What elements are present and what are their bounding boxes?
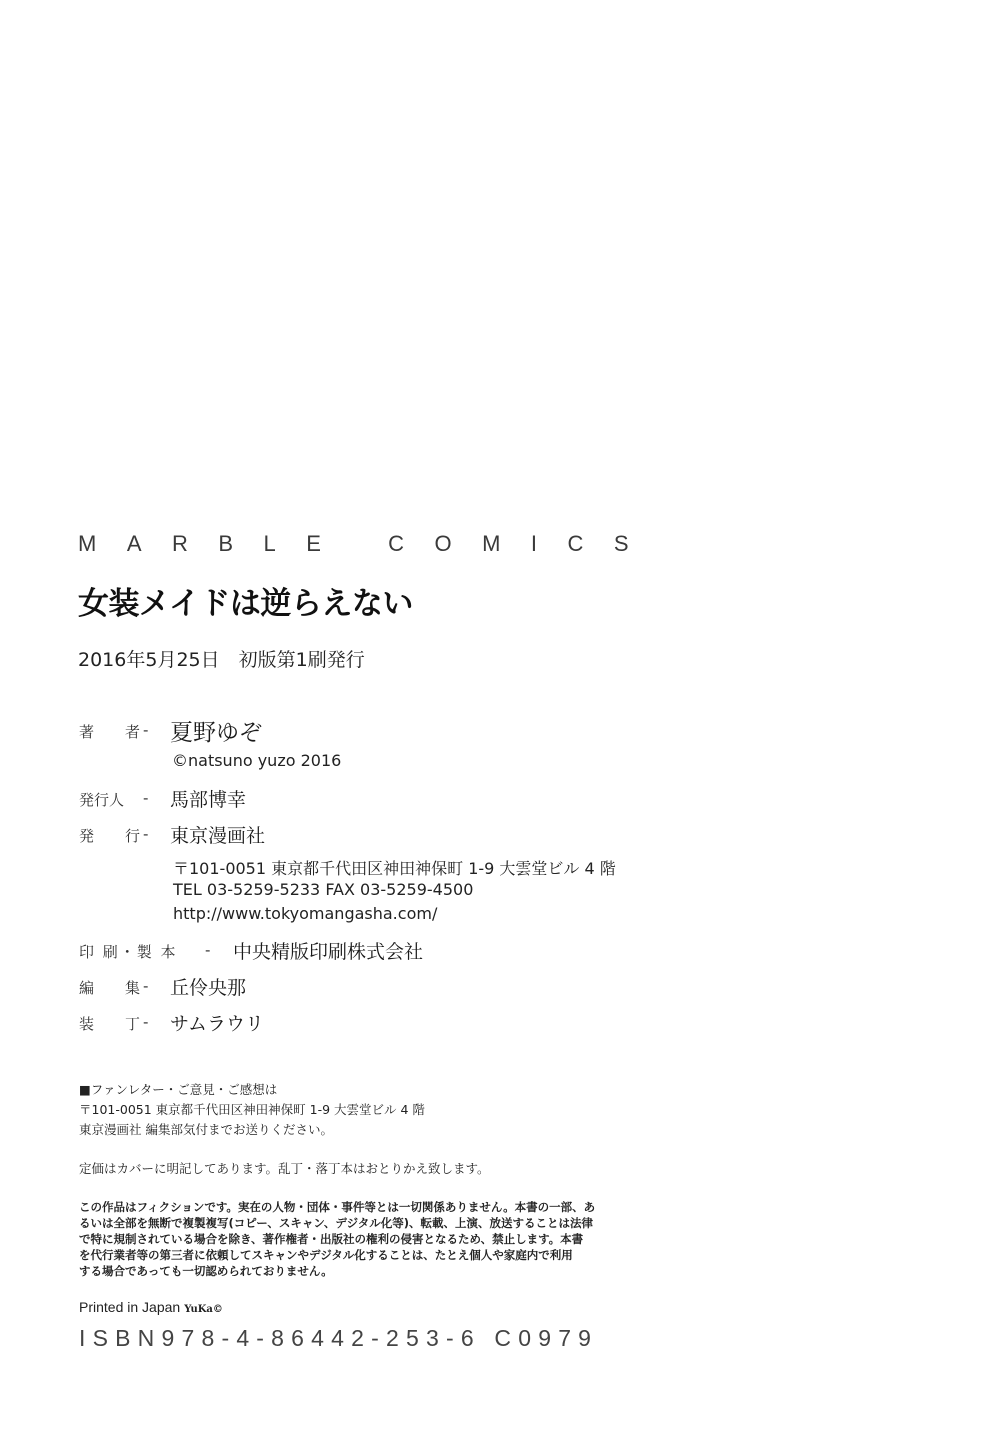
credit-value-author: 夏野ゆぞ bbox=[170, 714, 262, 747]
credit-value-design: サムラウリ bbox=[170, 1009, 264, 1036]
credit-label-publisher: 発 行 bbox=[79, 825, 148, 846]
credit-value-editor: 丘伶央那 bbox=[170, 973, 246, 1000]
credit-value-issuer: 馬部博幸 bbox=[170, 785, 246, 812]
price-note: 定価はカバーに明記してあります。乱丁・落丁本はおとりかえ致します。 bbox=[79, 1159, 490, 1177]
publication-date: 2016年5月25日 初版第1刷発行 bbox=[78, 645, 365, 672]
disclaimer-line: を代行業者等の第三者に依頼してスキャンやデジタル化することは、たとえ個人や家庭内… bbox=[79, 1247, 573, 1263]
credit-dash: - bbox=[143, 789, 148, 807]
credit-label-author: 著 者 bbox=[79, 721, 148, 742]
publisher-address: 〒101-0051 東京都千代田区神田神保町 1-9 大雲堂ビル 4 階 bbox=[173, 856, 616, 879]
copyright-notice: ©natsuno yuzo 2016 bbox=[172, 751, 341, 770]
credit-label-printing: 印 刷・製 本 bbox=[79, 941, 178, 962]
printed-in-japan: Printed in JapanYuKa© bbox=[79, 1299, 223, 1315]
credit-label-editor: 編 集 bbox=[79, 977, 148, 998]
publisher-url: http://www.tokyomangasha.com/ bbox=[173, 904, 437, 923]
credit-label-issuer: 発行人 bbox=[79, 789, 124, 810]
credit-value-printing: 中央精版印刷株式会社 bbox=[233, 937, 423, 964]
isbn-code: ISBN978-4-86442-253-6 C0979 bbox=[79, 1325, 598, 1352]
publisher-phone: TEL 03-5259-5233 FAX 03-5259-4500 bbox=[173, 880, 473, 899]
credit-dash: - bbox=[205, 941, 210, 959]
fan-letter-heading: ■ファンレター・ご意見・ご感想は bbox=[79, 1080, 277, 1098]
disclaimer-line: する場合であっても一切認められておりません。 bbox=[79, 1263, 333, 1279]
series-name: MARBLE COMICS bbox=[78, 531, 659, 557]
credit-label-design: 装 丁 bbox=[79, 1013, 148, 1034]
credit-dash: - bbox=[143, 825, 148, 843]
printer-mark: YuKa© bbox=[184, 1304, 223, 1315]
fan-letter-address: 〒101-0051 東京都千代田区神田神保町 1-9 大雲堂ビル 4 階 bbox=[79, 1100, 425, 1118]
book-title: 女装メイドは逆らえない bbox=[78, 578, 413, 623]
printed-in-label: Printed in Japan bbox=[79, 1299, 180, 1315]
disclaimer-line: この作品はフィクションです。実在の人物・団体・事件等とは一切関係ありません。本書… bbox=[79, 1199, 595, 1215]
disclaimer-line: るいは全部を無断で複製複写(コピー、スキャン、デジタル化等)、転載、上演、放送す… bbox=[79, 1215, 593, 1231]
disclaimer-line: で特に規制されている場合を除き、著作権者・出版社の権利の侵害となるため、禁止しま… bbox=[79, 1231, 583, 1247]
credit-dash: - bbox=[143, 1013, 148, 1031]
credit-dash: - bbox=[143, 721, 148, 739]
credit-value-publisher: 東京漫画社 bbox=[170, 821, 265, 848]
fan-letter-recipient: 東京漫画社 編集部気付までお送りください。 bbox=[79, 1120, 333, 1138]
credit-dash: - bbox=[143, 977, 148, 995]
